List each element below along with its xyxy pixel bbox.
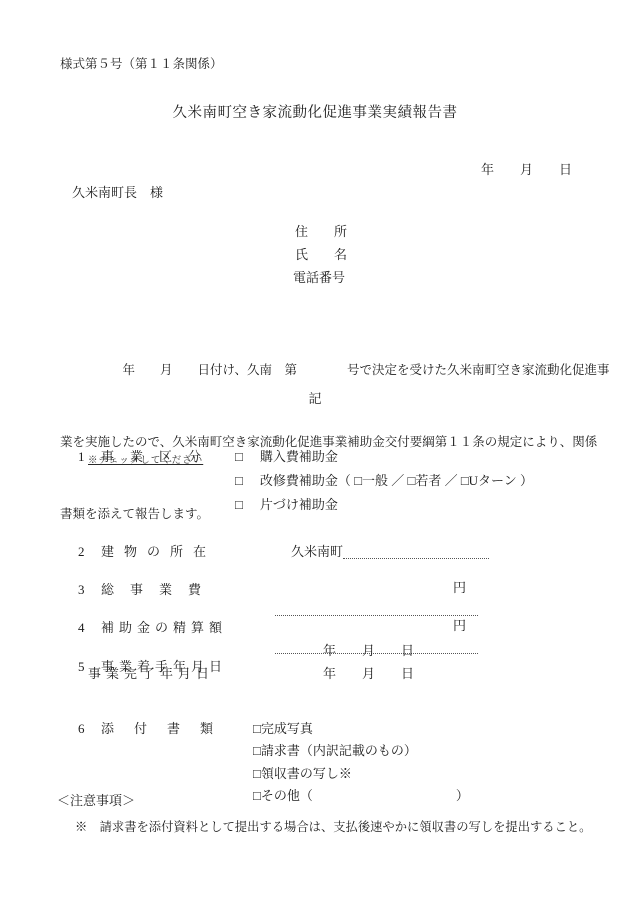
start-date-placeholder[interactable]: 年 月 日 — [323, 643, 414, 659]
section-4-label: 補助金の精算額 — [101, 620, 227, 635]
section-1-item-3: □片づけ補助金 — [222, 481, 338, 530]
form-number: 様式第５号（第１１条関係） — [60, 57, 223, 73]
section-2-number: 2 — [78, 544, 101, 560]
section-6-number: 6 — [78, 721, 101, 737]
location-prefix: 久米南町 — [291, 544, 343, 559]
checkbox-icon[interactable]: □ — [235, 497, 243, 512]
section-2-label: 建物の所在 — [101, 544, 216, 559]
notes-item-1: ※ 請求書を添付資料として提出する場合は、支払後速やかに領収書の写しを提出するこ… — [75, 820, 591, 835]
report-date-placeholder[interactable]: 年 月 日 — [481, 162, 572, 178]
completion-date-placeholder[interactable]: 年 月 日 — [323, 666, 414, 682]
section-3-number: 3 — [78, 582, 101, 598]
addressee: 久米南町長 様 — [72, 185, 163, 201]
document-page: 様式第５号（第１１条関係） 久米南町空き家流動化促進事業実績報告書 年 月 日 … — [0, 0, 630, 903]
applicant-name-label: 氏 名 — [295, 247, 347, 263]
section-3-label: 総事業費 — [101, 582, 217, 597]
notes-heading: ＜注意事項＞ — [57, 793, 135, 809]
section-5-row-2-label: 事業完了年月日 — [88, 666, 214, 682]
section-1-check-note: ※チェックしてください — [88, 456, 203, 468]
location-fill-line[interactable] — [343, 545, 489, 559]
applicant-address-label: 住 所 — [295, 224, 347, 240]
record-heading: 記 — [0, 391, 630, 407]
section-6-header: 6添付書類 — [65, 705, 233, 754]
checkbox-label: その他（ ） — [261, 788, 469, 803]
checkbox-label: 片づけ補助金 — [260, 497, 338, 512]
body-line-1: 年 月 日付け、久南 第 号で決定を受けた久米南町空き家流動化促進事 — [60, 358, 578, 382]
yen-unit: 円 — [453, 580, 478, 595]
yen-unit: 円 — [453, 618, 478, 633]
section-4-number: 4 — [78, 620, 101, 636]
checkbox-icon[interactable]: □ — [253, 788, 261, 803]
section-6-item-4: □その他（ ） — [240, 772, 469, 821]
section-6-label: 添付書類 — [101, 721, 233, 736]
applicant-phone-label: 電話番号 — [293, 270, 345, 286]
page-title: 久米南町空き家流動化促進事業実績報告書 — [0, 104, 630, 122]
